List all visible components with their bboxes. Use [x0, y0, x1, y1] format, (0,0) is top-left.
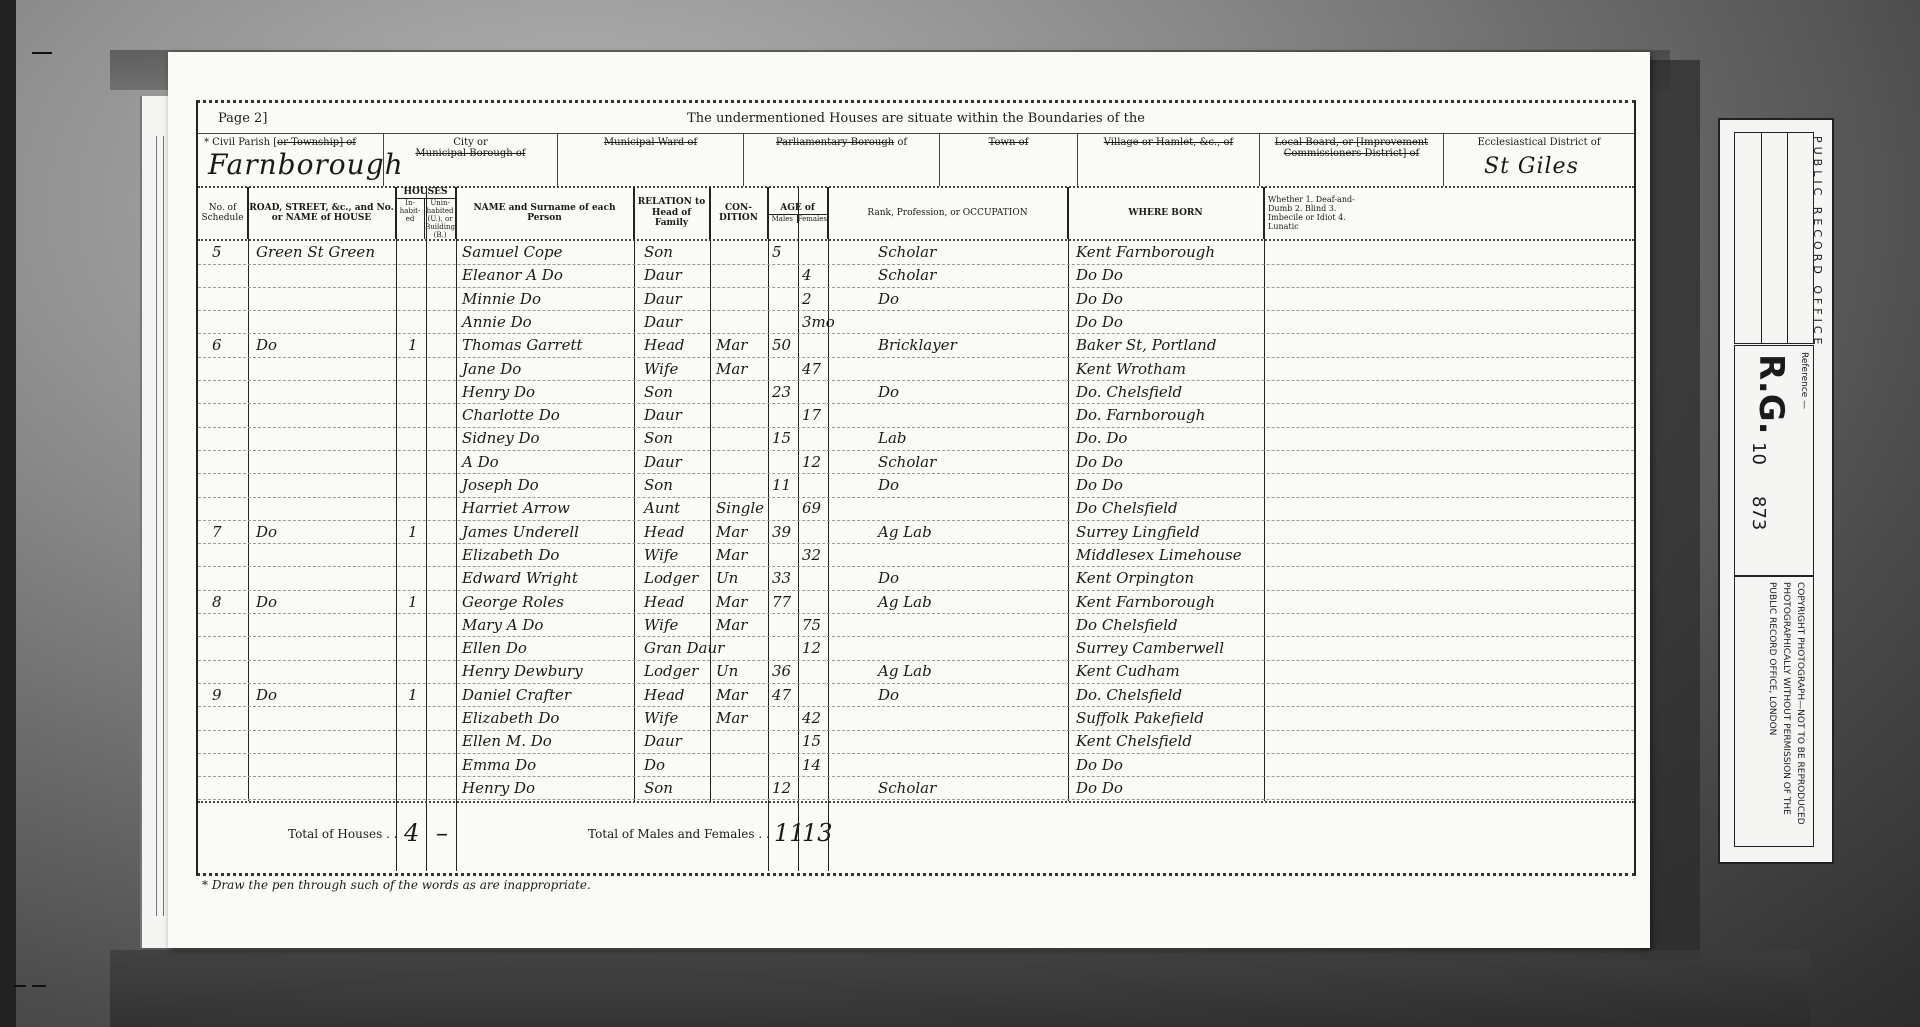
condition-cell: Mar: [716, 684, 747, 706]
male-age-cell: 77: [772, 591, 791, 613]
where-born-cell: Do. Chelsfield: [1076, 381, 1182, 403]
table-row: 9Do1Daniel CrafterHeadMar47DoDo. Chelsfi…: [198, 684, 1634, 708]
occupation-cell: Scholar: [878, 451, 936, 473]
municipal-ward-field: Municipal Ward of: [558, 134, 744, 186]
table-row: Sidney DoSon15LabDo. Do: [198, 427, 1634, 451]
where-born-cell: Do. Chelsfield: [1076, 684, 1182, 706]
name-cell: Thomas Garrett: [462, 334, 583, 356]
condition-cell: Mar: [716, 591, 747, 613]
reference-box: Reference — R.G. 10 873: [1734, 345, 1814, 577]
name-cell: Sidney Do: [462, 427, 540, 449]
relation-cell: Son: [644, 777, 673, 799]
where-born-cell: Do Do: [1076, 311, 1123, 333]
name-cell: James Underell: [462, 521, 579, 543]
road-cell: Do: [256, 591, 277, 613]
where-born-cell: Surrey Camberwell: [1076, 637, 1224, 659]
table-row: Elizabeth DoWifeMar32Middlesex Limehouse: [198, 544, 1634, 568]
ecclesiastical-district-value: St Giles: [1484, 154, 1579, 179]
where-born-cell: Do Do: [1076, 474, 1123, 496]
female-age-cell: 17: [802, 404, 821, 426]
col-condition: CON-DITION: [710, 187, 768, 239]
male-age-cell: 11: [772, 474, 791, 496]
total-females: 13: [802, 819, 833, 847]
where-born-cell: Kent Farnborough: [1076, 241, 1215, 263]
where-born-cell: Do. Do: [1076, 427, 1127, 449]
condition-cell: Mar: [716, 544, 747, 566]
where-born-cell: Baker St, Portland: [1076, 334, 1216, 356]
name-cell: A Do: [462, 451, 499, 473]
name-cell: Harriet Arrow: [462, 497, 570, 519]
condition-cell: Mar: [716, 707, 747, 729]
occupation-cell: Scholar: [878, 777, 936, 799]
where-born-cell: Middlesex Limehouse: [1076, 544, 1242, 566]
relation-cell: Head: [644, 684, 685, 706]
where-born-cell: Kent Orpington: [1076, 567, 1194, 589]
ecclesiastical-district-field: Ecclesiastical District of St Giles: [1444, 134, 1634, 186]
table-row: Annie DoDaur3moDo Do: [198, 311, 1634, 335]
town-field: Town of: [940, 134, 1078, 186]
condition-cell: Un: [716, 567, 738, 589]
occupation-cell: Do: [878, 288, 899, 310]
relation-cell: Daur: [644, 730, 682, 752]
inhabited-cell: 1: [408, 591, 418, 613]
totals-row: Total of Houses . . 4 – Total of Males a…: [198, 801, 1634, 873]
col-road: ROAD, STREET, &c., and No. or NAME of HO…: [248, 187, 396, 239]
occupation-cell: Ag Lab: [878, 521, 932, 543]
road-cell: Do: [256, 334, 277, 356]
condition-cell: Mar: [716, 334, 747, 356]
road-cell: Do: [256, 684, 277, 706]
condition-cell: Un: [716, 660, 738, 682]
schedule-cell: 6: [212, 334, 222, 356]
schedule-cell: 7: [212, 521, 222, 543]
relation-cell: Wife: [644, 707, 678, 729]
col-infirmity: Whether 1. Deaf-and-Dumb 2. Blind 3. Imb…: [1264, 187, 1364, 239]
name-cell: Annie Do: [462, 311, 532, 333]
female-age-cell: 42: [802, 707, 821, 729]
relation-cell: Son: [644, 241, 673, 263]
relation-cell: Daur: [644, 311, 682, 333]
table-row: Ellen DoGran Daur12Surrey Camberwell: [198, 637, 1634, 661]
local-board-field: Local Board, or [ImprovementCommissioner…: [1260, 134, 1444, 186]
film-mark: [14, 985, 26, 987]
relation-cell: Son: [644, 381, 673, 403]
relation-cell: Daur: [644, 404, 682, 426]
total-inhabited: 4: [404, 819, 419, 847]
name-cell: Henry Dewbury: [462, 660, 583, 682]
male-age-cell: 50: [772, 334, 791, 356]
total-houses-label: Total of Houses . .: [288, 827, 398, 841]
female-age-cell: 32: [802, 544, 821, 566]
relation-cell: Wife: [644, 544, 678, 566]
table-row: Emma DoDo14Do Do: [198, 754, 1634, 778]
table-row: Mary A DoWifeMar75Do Chelsfield: [198, 614, 1634, 638]
female-age-cell: 12: [802, 637, 821, 659]
village-field: Village or Hamlet, &c., of: [1078, 134, 1260, 186]
male-age-cell: 23: [772, 381, 791, 403]
name-cell: Edward Wright: [462, 567, 578, 589]
inhabited-cell: 1: [408, 521, 418, 543]
background-edge: [0, 0, 16, 1027]
schedule-cell: 5: [212, 241, 222, 263]
occupation-cell: Ag Lab: [878, 591, 932, 613]
occupation-cell: Do: [878, 684, 899, 706]
column-headers: No. of Schedule ROAD, STREET, &c., and N…: [198, 187, 1634, 241]
name-cell: Ellen Do: [462, 637, 527, 659]
road-cell: Do: [256, 521, 277, 543]
road-cell: Green St Green: [256, 241, 375, 263]
occupation-cell: Lab: [878, 427, 907, 449]
where-born-cell: Do Do: [1076, 777, 1123, 799]
background-shadow: [110, 950, 1810, 1027]
table-row: Elizabeth DoWifeMar42Suffolk Pakefield: [198, 707, 1634, 731]
reference-class: R.G.: [1751, 354, 1791, 435]
schedule-cell: 9: [212, 684, 222, 706]
male-age-cell: 33: [772, 567, 791, 589]
reference-folio: 873: [1748, 496, 1769, 530]
boundary-fields: * Civil Parish [or Township] of Farnboro…: [198, 133, 1634, 188]
condition-cell: Mar: [716, 614, 747, 636]
name-cell: Elizabeth Do: [462, 707, 559, 729]
where-born-cell: Do Do: [1076, 754, 1123, 776]
female-age-cell: 3mo: [802, 311, 835, 333]
female-age-cell: 2: [802, 288, 812, 310]
male-age-cell: 12: [772, 777, 791, 799]
name-cell: Henry Do: [462, 381, 535, 403]
inhabited-cell: 1: [408, 334, 418, 356]
footnote: * Draw the pen through such of the words…: [202, 878, 591, 892]
col-schedule: No. of Schedule: [198, 187, 248, 239]
copyright-notice: COPYRIGHT PHOTOGRAPH—NOT TO BE REPRODUCE…: [1734, 575, 1814, 847]
relation-cell: Lodger: [644, 660, 698, 682]
relation-cell: Daur: [644, 288, 682, 310]
total-males: 11: [774, 819, 805, 847]
female-age-cell: 75: [802, 614, 821, 636]
occupation-cell: Scholar: [878, 264, 936, 286]
where-born-cell: Kent Cudham: [1076, 660, 1180, 682]
female-age-cell: 15: [802, 730, 821, 752]
table-row: Eleanor A DoDaur4ScholarDo Do: [198, 264, 1634, 288]
copyright-text: COPYRIGHT PHOTOGRAPH—NOT TO BE REPRODUCE…: [1765, 582, 1807, 840]
film-mark: [32, 985, 46, 987]
male-age-cell: 39: [772, 521, 791, 543]
census-form: Page 2] The undermentioned Houses are si…: [196, 100, 1636, 876]
occupation-cell: Do: [878, 474, 899, 496]
reference-label: Reference —: [1799, 352, 1809, 409]
where-born-cell: Suffolk Pakefield: [1076, 707, 1204, 729]
where-born-cell: Surrey Lingfield: [1076, 521, 1200, 543]
relation-cell: Daur: [644, 451, 682, 473]
table-row: Henry DoSon23DoDo. Chelsfield: [198, 381, 1634, 405]
relation-cell: Daur: [644, 264, 682, 286]
col-occupation: Rank, Profession, or OCCUPATION: [828, 187, 1068, 239]
occupation-cell: Bricklayer: [878, 334, 957, 356]
name-cell: George Roles: [462, 591, 564, 613]
condition-cell: Mar: [716, 521, 747, 543]
relation-cell: Gran Daur: [644, 637, 724, 659]
where-born-cell: Do Chelsfield: [1076, 614, 1178, 636]
female-age-cell: 69: [802, 497, 821, 519]
male-age-cell: 36: [772, 660, 791, 682]
where-born-cell: Do Chelsfield: [1076, 497, 1178, 519]
female-age-cell: 12: [802, 451, 821, 473]
female-age-cell: 47: [802, 358, 821, 380]
table-row: 7Do1James UnderellHeadMar39Ag LabSurrey …: [198, 521, 1634, 545]
table-row: Edward WrightLodgerUn33DoKent Orpington: [198, 567, 1634, 591]
relation-cell: Do: [644, 754, 665, 776]
table-row: 6Do1Thomas GarrettHeadMar50BricklayerBak…: [198, 334, 1634, 358]
table-row: A DoDaur12ScholarDo Do: [198, 451, 1634, 475]
boundary-heading: The undermentioned Houses are situate wi…: [198, 111, 1634, 126]
occupation-cell: Ag Lab: [878, 660, 932, 682]
total-persons-label: Total of Males and Females . .: [588, 827, 770, 841]
col-relation: RELATION to Head of Family: [634, 187, 710, 239]
civil-parish-field: * Civil Parish [or Township] of Farnboro…: [198, 134, 384, 186]
where-born-cell: Kent Wrotham: [1076, 358, 1186, 380]
table-row: Henry DewburyLodgerUn36Ag LabKent Cudham: [198, 660, 1634, 684]
record-office-strip: PUBLIC RECORD OFFICE Reference — R.G. 10…: [1718, 118, 1834, 864]
table-row: 5Green St GreenSamuel CopeSon5ScholarKen…: [198, 241, 1634, 265]
table-row: Minnie DoDaur2DoDo Do: [198, 288, 1634, 312]
relation-cell: Wife: [644, 614, 678, 636]
relation-cell: Wife: [644, 358, 678, 380]
name-cell: Samuel Cope: [462, 241, 563, 263]
civil-parish-value: Farnborough: [208, 148, 404, 181]
schedule-cell: 8: [212, 591, 222, 613]
scale-ruler: [1734, 132, 1814, 344]
male-age-cell: 15: [772, 427, 791, 449]
table-row: 8Do1George RolesHeadMar77Ag LabKent Farn…: [198, 591, 1634, 615]
male-age-cell: 5: [772, 241, 782, 263]
table-row: Jane DoWifeMar47Kent Wrotham: [198, 358, 1634, 382]
occupation-cell: Do: [878, 567, 899, 589]
table-row: Henry DoSon12ScholarDo Do: [198, 777, 1634, 801]
record-office-label: PUBLIC RECORD OFFICE: [1811, 136, 1824, 349]
occupation-cell: Scholar: [878, 241, 936, 263]
table-row: Joseph DoSon11DoDo Do: [198, 474, 1634, 498]
city-field: City orMunicipal Borough of: [384, 134, 558, 186]
name-cell: Emma Do: [462, 754, 536, 776]
reference-piece: 10: [1748, 442, 1769, 465]
name-cell: Eleanor A Do: [462, 264, 563, 286]
name-cell: Mary A Do: [462, 614, 543, 636]
relation-cell: Lodger: [644, 567, 698, 589]
where-born-cell: Do Do: [1076, 288, 1123, 310]
name-cell: Ellen M. Do: [462, 730, 552, 752]
relation-cell: Son: [644, 474, 673, 496]
female-age-cell: 4: [802, 264, 812, 286]
where-born-cell: Kent Chelsfield: [1076, 730, 1192, 752]
name-cell: Daniel Crafter: [462, 684, 571, 706]
condition-cell: Single: [716, 497, 764, 519]
relation-cell: Head: [644, 521, 685, 543]
table-row: Harriet ArrowAuntSingle69Do Chelsfield: [198, 497, 1634, 521]
name-cell: Jane Do: [462, 358, 521, 380]
where-born-cell: Do Do: [1076, 451, 1123, 473]
parliamentary-borough-field: Parliamentary Borough of: [744, 134, 940, 186]
name-cell: Minnie Do: [462, 288, 541, 310]
total-uninhabited: –: [436, 819, 448, 847]
name-cell: Henry Do: [462, 777, 535, 799]
female-age-cell: 14: [802, 754, 821, 776]
male-age-cell: 47: [772, 684, 791, 706]
name-cell: Joseph Do: [462, 474, 539, 496]
table-row: Charlotte DoDaur17Do. Farnborough: [198, 404, 1634, 428]
col-where-born: WHERE BORN: [1068, 187, 1264, 239]
inhabited-cell: 1: [408, 684, 418, 706]
relation-cell: Head: [644, 591, 685, 613]
name-cell: Elizabeth Do: [462, 544, 559, 566]
where-born-cell: Do Do: [1076, 264, 1123, 286]
relation-cell: Head: [644, 334, 685, 356]
table-row: Ellen M. DoDaur15Kent Chelsfield: [198, 730, 1634, 754]
relation-cell: Aunt: [644, 497, 680, 519]
condition-cell: Mar: [716, 358, 747, 380]
where-born-cell: Do. Farnborough: [1076, 404, 1205, 426]
where-born-cell: Kent Farnborough: [1076, 591, 1215, 613]
occupation-cell: Do: [878, 381, 899, 403]
name-cell: Charlotte Do: [462, 404, 560, 426]
film-mark: [32, 52, 52, 54]
census-page: Page 2] The undermentioned Houses are si…: [168, 52, 1650, 948]
relation-cell: Son: [644, 427, 673, 449]
col-name: NAME and Surname of each Person: [456, 187, 634, 239]
